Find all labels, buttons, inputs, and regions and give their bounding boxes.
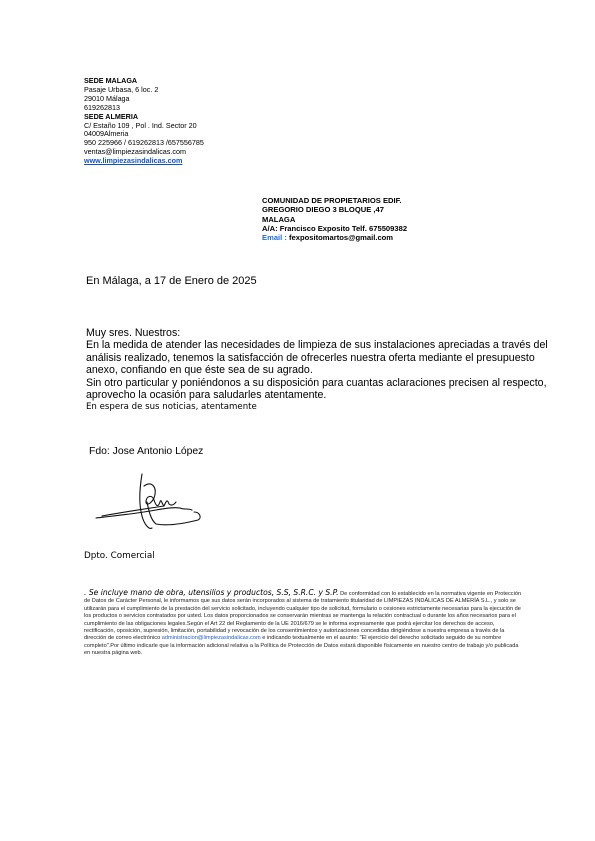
email-label: Email : bbox=[262, 233, 287, 242]
website-link[interactable]: www.limpiezasindalicas.com bbox=[84, 156, 182, 165]
greeting: Muy sres. Nuestros: bbox=[86, 327, 556, 339]
closing: En espera de sus noticias, atentamente bbox=[86, 401, 556, 413]
handwritten-signature bbox=[94, 472, 204, 534]
sender-block: SEDE MALAGA Pasaje Urbasa, 6 loc. 2 2901… bbox=[84, 77, 204, 166]
letter-date: En Málaga, a 17 de Enero de 2025 bbox=[86, 275, 257, 287]
legal-notice: . Se incluye mano de obra, utensilios y … bbox=[84, 589, 524, 658]
recipient-block: COMUNIDAD DE PROPIETARIOS EDIF. GREGORIO… bbox=[262, 196, 407, 242]
recipient-line-1: COMUNIDAD DE PROPIETARIOS EDIF. bbox=[262, 196, 407, 205]
recipient-email: fexpositomartos@gmail.com bbox=[287, 233, 393, 242]
privacy-text-1: De conformidad con lo establecido en la … bbox=[84, 591, 521, 641]
recipient-line-3: MALAGA bbox=[262, 215, 407, 224]
letter-body: Muy sres. Nuestros: En la medida de aten… bbox=[86, 327, 556, 414]
signed-by: Fdo: Jose Antonio López bbox=[89, 446, 203, 457]
recipient-attention: A/A: Francisco Exposito Telf. 675509382 bbox=[262, 224, 407, 233]
paragraph-1: En la medida de atender las necesidades … bbox=[86, 339, 556, 376]
recipient-email-row: Email : fexpositomartos@gmail.com bbox=[262, 233, 407, 242]
paragraph-2: Sin otro particular y poniéndonos a su d… bbox=[86, 377, 556, 402]
department: Dpto. Comercial bbox=[84, 551, 155, 561]
recipient-line-2: GREGORIO DIEGO 3 BLOQUE ,47 bbox=[262, 205, 407, 214]
privacy-email-link[interactable]: administracion@limpiezasindalicas.com bbox=[162, 635, 261, 641]
services-included: . Se incluye mano de obra, utensilios y … bbox=[84, 588, 339, 597]
